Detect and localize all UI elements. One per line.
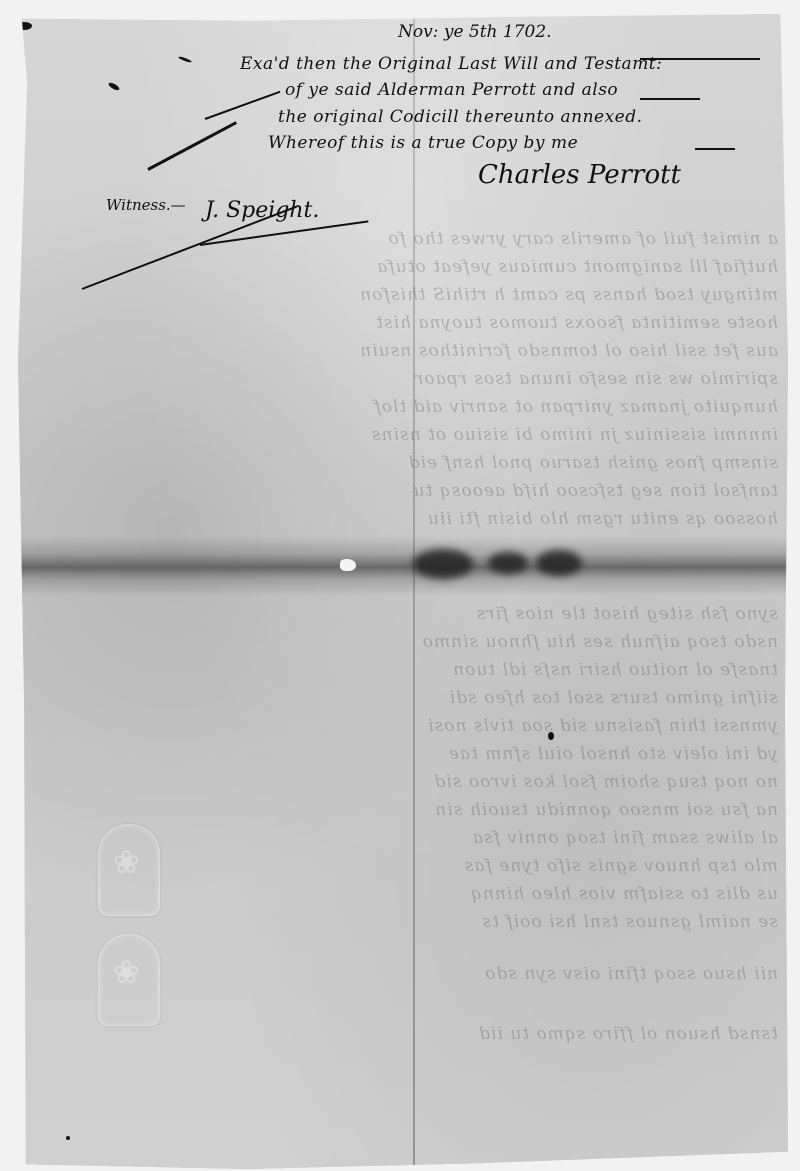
bleed-through-line: syno fsh siteg hisot tle nios firs <box>208 604 778 624</box>
tear-hole <box>340 559 356 571</box>
certification-line-3: the original Codicill thereunto annexed. <box>278 107 643 127</box>
embossed-stamp <box>98 824 160 916</box>
witness-label: Witness.— <box>106 196 186 214</box>
ink-blot <box>66 1136 70 1140</box>
bleed-through-line: mlo tsp hnuov sgnis sifo tyne fas <box>208 856 778 876</box>
bleed-through-line: yd ini oleiv sto hnsol oiul sfnm tae <box>208 744 778 764</box>
bleed-through-line: innnmi sissiniuz jn inimo bi sisiuo ot n… <box>208 425 778 445</box>
bleed-through-line: nsdo tsoq aifnuh ses hiu fhnou sinmo <box>208 632 778 652</box>
ink-blot <box>548 732 554 740</box>
signer-signature: Charles Perrott <box>478 160 681 190</box>
bleed-through-line: spirimlo ws sin sesfo inuna tsos rpaor <box>208 369 778 389</box>
certification-line-2: of ye said Alderman Perrott and also <box>285 80 618 100</box>
bleed-through-line: aus fet ssil hiso ol tomnsdo fcrinithos … <box>208 341 778 361</box>
ink-blot <box>178 56 192 64</box>
horizontal-crease <box>18 536 788 596</box>
bleed-through-line: nii hsuo ssoq tfini oisv syn sdo <box>208 964 778 984</box>
pen-flourish <box>695 148 735 150</box>
ink-blot <box>16 22 32 30</box>
pen-flourish <box>640 58 760 60</box>
embossed-stamp <box>98 934 160 1026</box>
bleed-through-line: sinsmp fnos gnish tsaruo pnol hsnf eid <box>208 453 778 473</box>
bleed-through-line: hunquito jnamaz ynirpan ot sanriv aid tl… <box>208 397 778 417</box>
bleed-through-line: hossoo qs enitu rgsm hlo bisin fti iiu <box>208 509 778 529</box>
ink-blot <box>108 81 121 91</box>
ink-stain <box>536 550 582 576</box>
bleed-through-line: hoste semitinta fsooxs tuomos tuoyna his… <box>208 313 778 333</box>
certification-line-4: Whereof this is a true Copy by me <box>268 133 578 153</box>
bleed-through-line: tnasfe ol noituo hsiri nsfs idl tuon <box>208 660 778 680</box>
bleed-through-line: siifni gnimo tsurs ssol tos hfeo sdi <box>208 688 778 708</box>
bleed-through-line: na fsu soi mnsoo qonnidu tsuoih sin <box>208 800 778 820</box>
bleed-through-line: mtinguy tsod hanss ps camt h rtihiS this… <box>208 285 778 305</box>
bleed-through-line: se naiml gsnuos tsnl hsi ooif ts <box>208 912 778 932</box>
pen-flourish <box>640 98 700 100</box>
document-date: Nov: ye 5th 1702. <box>398 22 552 42</box>
bleed-through-line: us dlis to ssiafm vios hleo hinnq <box>208 884 778 904</box>
bleed-through-line: hutfiaf lll sanigmont cumiaus yefeat otu… <box>208 257 778 277</box>
bleed-through-line: tanfsol tion seg tsfcsoo hifd aeoosq tu <box>208 481 778 501</box>
bleed-through-line: ymnssi thin fasisnu sid soa tivls nosi <box>208 716 778 736</box>
bleed-through-line: no noq tsuq shoim fsol kos ivroo sid <box>208 772 778 792</box>
certification-line-1: Exa'd then the Original Last Will and Te… <box>240 54 662 74</box>
ink-stain <box>488 552 528 574</box>
bleed-through-line: tsnsd hsuon ol ffiro sqmo tu iid <box>208 1024 778 1044</box>
bleed-through-line: al aliws ssam fini tsoq onniv fsa <box>208 828 778 848</box>
ink-stain <box>413 549 473 579</box>
